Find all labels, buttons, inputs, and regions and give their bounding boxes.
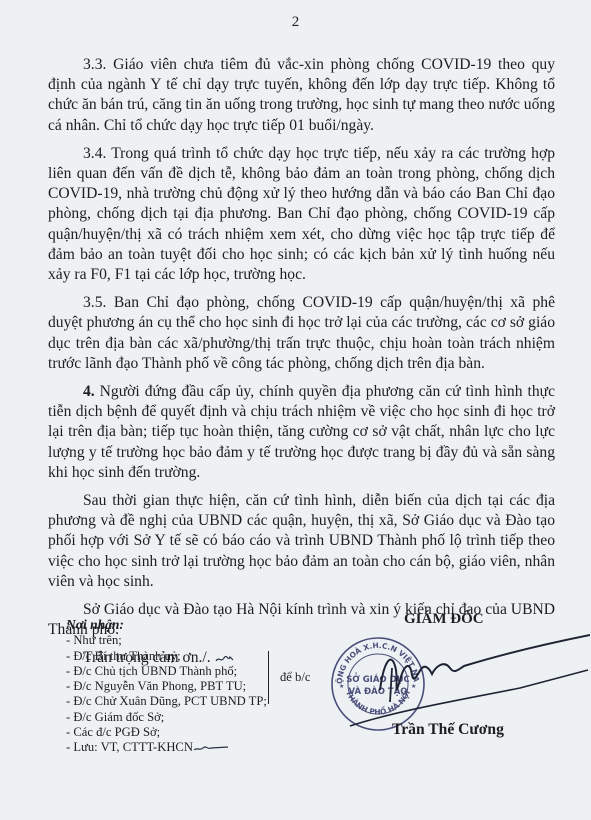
recipient-item: - Đ/c Giám đốc Sở; [66,710,267,725]
paragraph-text: 3.4. Trong quá trình tổ chức dạy học trự… [48,145,555,283]
document-body: 3.3. Giáo viên chưa tiêm đủ vắc-xin phòn… [48,55,555,678]
page-number: 2 [0,14,591,31]
recipient-item: - Như trên; [66,633,267,648]
section-number: 4. [83,383,95,400]
paragraph-4: 4. Người đứng đầu cấp ủy, chính quyền đị… [48,382,555,483]
paragraph-text: Người đứng đầu cấp ủy, chính quyền địa p… [48,383,555,481]
paragraph-text: Sau thời gian thực hiện, căn cứ tình hìn… [48,492,555,590]
recipients-title: Nơi nhận: [66,617,267,632]
recipients-block: Nơi nhận: - Như trên; - Đ/c Bí thư Thành… [66,617,267,756]
recipient-item: - Đ/c Chủ tịch UBND Thành phố; [66,664,267,679]
initials-scribble-icon [193,743,229,753]
paragraph-3-5: 3.5. Ban Chỉ đạo phòng, chống COVID-19 c… [48,293,555,374]
recipient-item: - Đ/c Chử Xuân Dũng, PCT UBND TP; [66,694,267,709]
signer-title: GIÁM ĐỐC [404,611,484,628]
recipient-item: - Đ/c Nguyễn Văn Phong, PBT TU; [66,679,267,694]
signer-name: Trần Thế Cương [392,721,504,739]
paragraph-3-3: 3.3. Giáo viên chưa tiêm đủ vắc-xin phòn… [48,55,555,136]
cc-note: để b/c [280,670,310,685]
recipient-item: - Đ/c Bí thư Thành uỷ; [66,649,267,664]
paragraph-text: 3.3. Giáo viên chưa tiêm đủ vắc-xin phòn… [48,56,555,134]
paragraph-follow-up: Sau thời gian thực hiện, căn cứ tình hìn… [48,491,555,592]
paragraph-text: 3.5. Ban Chỉ đạo phòng, chống COVID-19 c… [48,294,555,372]
recipient-archive: - Lưu: VT, CTTT-KHCN [66,740,193,754]
paragraph-3-4: 3.4. Trong quá trình tổ chức dạy học trự… [48,144,555,285]
cc-bracket [268,651,269,704]
recipient-item: - Các đ/c PGĐ Sở; [66,725,267,740]
recipient-item: - Lưu: VT, CTTT-KHCN [66,740,267,755]
